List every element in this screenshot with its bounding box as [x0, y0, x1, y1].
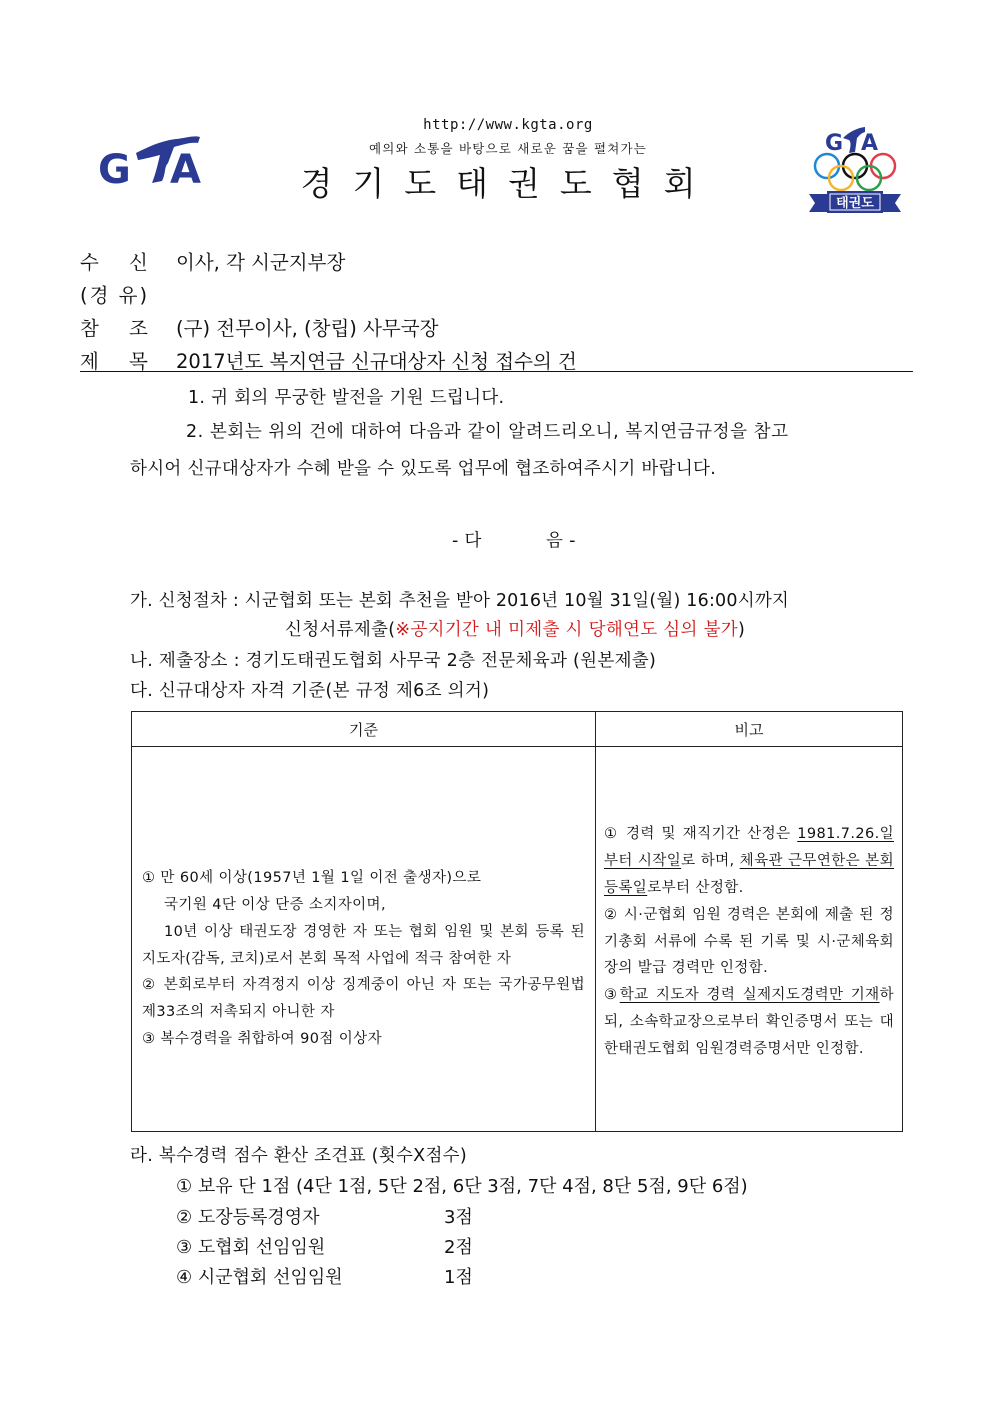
gta-taekwondo-emblem: G A 태권도 [805, 124, 905, 216]
criteria-table: 기준 비고 ① 만 60세 이상(1957년 1월 1일 이전 출생자)으로 국… [131, 711, 903, 1132]
remarks-header: 비고 [595, 712, 902, 747]
recipient-label: 수 신 [80, 247, 176, 275]
paragraph-2-line-1: 2. 본회는 위의 건에 대하여 다음과 같이 알려드리오니, 복지연금규정을 … [186, 418, 789, 443]
score-row-1: ① 보유 단 1점 (4단 1점, 5단 2점, 6단 3점, 7단 4점, 8… [176, 1172, 876, 1198]
reference-label: 참 조 [80, 313, 176, 341]
svg-text:G: G [825, 131, 843, 156]
item-na: 나. 제출장소 : 경기도태권도협회 사무국 2층 전문체육과 (원본제출) [130, 647, 656, 672]
subject-value: 2017년도 복지연금 신규대상자 신청 접수의 건 [176, 350, 577, 373]
remark-1: ① 경력 및 재직기간 산정은 1981.7.26.일부터 시작일로 하며, 체… [604, 821, 894, 901]
remark-3: ③학교 지도자 경력 실제지도경력만 기재하되, 소속학교장으로부터 확인증명서… [604, 982, 894, 1062]
score-table-title: 라. 복수경력 점수 환산 조견표 (횟수X점수) [130, 1142, 467, 1167]
recipient-value: 이사, 각 시군지부장 [176, 251, 345, 274]
criteria-header: 기준 [132, 712, 596, 747]
svg-text:A: A [861, 131, 878, 156]
subject-row: 제 목2017년도 복지연금 신규대상자 신청 접수의 건 [80, 346, 577, 374]
via-row: (경 유) [80, 280, 176, 308]
header-divider [80, 371, 913, 372]
deadline-warning: ※공지기간 내 미제출 시 당해연도 심의 불가 [395, 620, 738, 640]
subject-label: 제 목 [80, 346, 176, 374]
heading-right: 음 - [546, 527, 576, 552]
score-row-3: ③ 도협회 선임임원2점 [176, 1233, 876, 1259]
svg-text:태권도: 태권도 [836, 195, 874, 211]
score-row-4: ④ 시군협회 선임임원1점 [176, 1263, 876, 1289]
reference-row: 참 조(구) 전무이사, (창립) 사무국장 [80, 313, 438, 341]
score-row-2: ② 도장등록경영자3점 [176, 1203, 876, 1229]
criteria-cell: ① 만 60세 이상(1957년 1월 1일 이전 출생자)으로 국기원 4단 … [132, 747, 596, 1132]
paragraph-1: 1. 귀 회의 무궁한 발전을 기원 드립니다. [188, 384, 504, 409]
item-ga-line-1: 가. 신청절차 : 시군협회 또는 본회 추천을 받아 2016년 10월 31… [130, 587, 789, 612]
recipient-row: 수 신이사, 각 시군지부장 [80, 247, 345, 275]
paragraph-2-line-2: 하시어 신규대상자가 수혜 받을 수 있도록 업무에 협조하여주시기 바랍니다. [130, 455, 716, 480]
item-ga-line-2: 신청서류제출(※공지기간 내 미제출 시 당해연도 심의 불가) [285, 616, 745, 641]
via-label: (경 유) [80, 280, 176, 308]
reference-value: (구) 전무이사, (창립) 사무국장 [176, 317, 438, 340]
remark-2: ② 시·군협회 임원 경력은 본회에 제출 된 정기총회 서류에 수록 된 기록… [604, 902, 894, 982]
remarks-cell: ① 경력 및 재직기간 산정은 1981.7.26.일부터 시작일로 하며, 체… [595, 747, 902, 1132]
item-da: 다. 신규대상자 자격 기준(본 규정 제6조 의거) [130, 677, 489, 702]
heading-left: - 다 [452, 527, 482, 552]
